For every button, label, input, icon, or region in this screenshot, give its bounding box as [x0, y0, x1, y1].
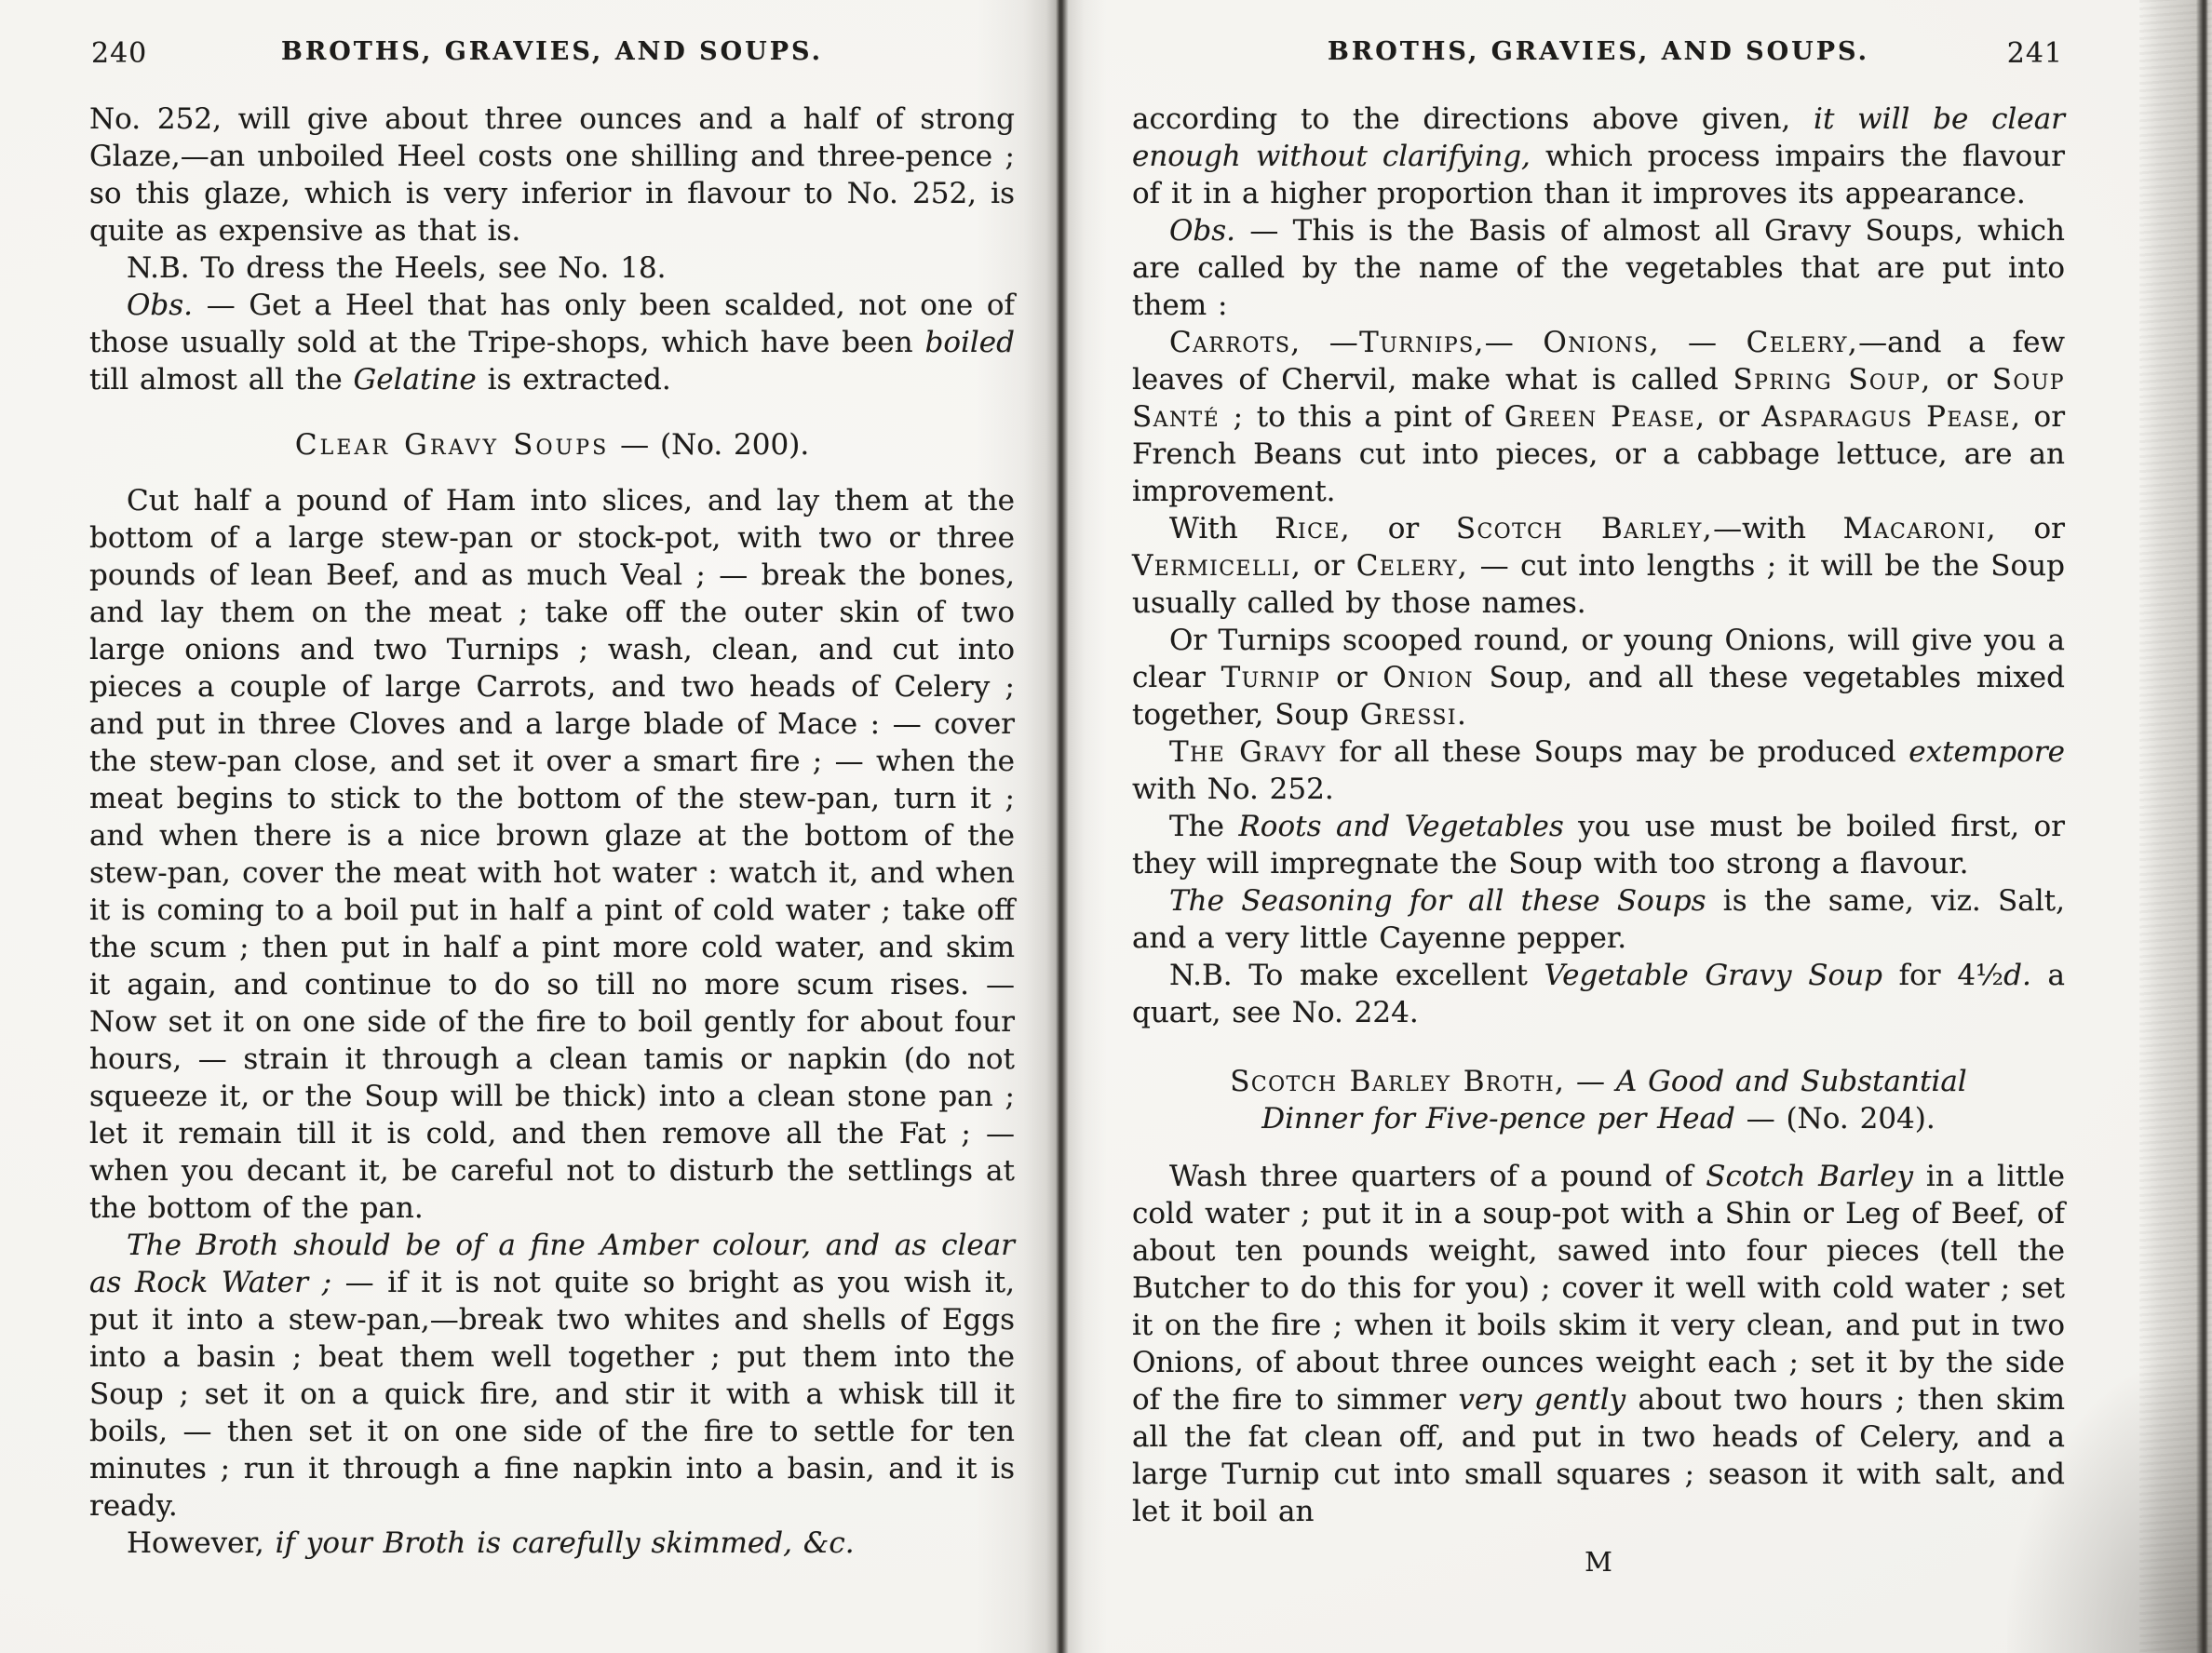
running-head-left: BROTHS, GRAVIES, AND SOUPS. — [89, 37, 1015, 66]
paragraph: according to the directions above given,… — [1132, 101, 2065, 212]
page-left: 240 BROTHS, GRAVIES, AND SOUPS. No. 252,… — [0, 0, 1069, 1653]
text-run: The — [1169, 810, 1238, 843]
text-run: However, — [127, 1526, 276, 1560]
text-run: Dinner for Five-pence per Head — [1261, 1102, 1735, 1136]
text-run: No. 252, will give about three ounces an… — [89, 102, 1015, 248]
text-run: A Good and Substantial — [1616, 1065, 1967, 1098]
text-column-left: No. 252, will give about three ounces an… — [89, 101, 1015, 1562]
text-run: or — [1706, 400, 1761, 434]
text-run: Turnip — [1221, 661, 1321, 694]
text-run: Celery, — [1356, 549, 1468, 583]
text-run: Asparagus Pease, — [1761, 400, 2021, 434]
paragraph: The Broth should be of a fine Amber colo… — [89, 1227, 1015, 1525]
text-run: is extracted. — [477, 363, 671, 396]
section-heading-line2: Dinner for Five-pence per Head — (No. 20… — [1132, 1100, 2065, 1137]
paragraph: Obs. — Get a Heel that has only been sca… — [89, 287, 1015, 398]
text-run: or — [1302, 549, 1356, 583]
paragraph: Obs. — This is the Basis of almost all G… — [1132, 212, 2065, 324]
text-run: for 4½ — [1882, 959, 2003, 992]
paragraph: Or Turnips scooped round, or young Onion… — [1132, 622, 2065, 733]
text-run: or — [1351, 512, 1456, 545]
text-run: — — [1565, 1065, 1616, 1098]
section-heading: Clear Gravy Soups — (No. 200). — [89, 426, 1015, 464]
printer-signature-mark: M — [1132, 1543, 2065, 1580]
text-run: Obs. — [127, 289, 193, 322]
text-run: — Get a Heel that has only been scalded,… — [89, 289, 1015, 359]
text-run: with No. 252. — [1132, 773, 1334, 806]
section-heading-line1: Scotch Barley Broth, — A Good and Substa… — [1132, 1063, 2065, 1100]
paragraph: Cut half a pound of Ham into slices, and… — [89, 482, 1015, 1227]
paragraph: With Rice, or Scotch Barley,—with Macaro… — [1132, 510, 2065, 622]
text-run: in a little cold water ; put it in a sou… — [1132, 1160, 2065, 1417]
text-run: Scotch Barley, — [1456, 512, 1713, 545]
text-run: — if it is not quite so bright as you wi… — [89, 1266, 1015, 1523]
text-run: —with — [1713, 512, 1843, 545]
text-run: — (No. 200). — [609, 428, 809, 462]
text-run: N.B. To dress the Heels, see No. 18. — [127, 251, 667, 285]
paragraph: The Gravy for all these Soups may be pro… — [1132, 733, 2065, 808]
text-run: till almost all the — [89, 363, 354, 396]
text-run: Obs. — [1169, 214, 1235, 248]
text-run: very gently — [1459, 1383, 1626, 1417]
paragraph: However, if your Broth is carefully skim… — [89, 1525, 1015, 1562]
text-run: Carrots, —Turnips,— Onions, — Celery, — [1169, 326, 1858, 359]
text-run: M — [1585, 1546, 1612, 1578]
text-run: Cut half a pound of Ham into slices, and… — [89, 484, 1015, 1225]
text-run: The Seasoning for all these Soups — [1169, 884, 1706, 918]
text-run: Onion — [1382, 661, 1474, 694]
text-run: for all these Soups may be produced — [1327, 735, 1909, 769]
text-run: according to the directions above given, — [1132, 102, 1814, 136]
page-header-right: BROTHS, GRAVIES, AND SOUPS. 241 — [1132, 35, 2065, 80]
book-spread: 240 BROTHS, GRAVIES, AND SOUPS. No. 252,… — [0, 0, 2212, 1653]
text-run: Rice, — [1275, 512, 1351, 545]
running-head-right: BROTHS, GRAVIES, AND SOUPS. — [1132, 37, 2065, 66]
text-run: Scotch Barley — [1706, 1160, 1913, 1193]
text-run: The Gravy — [1169, 735, 1327, 769]
paragraph: No. 252, will give about three ounces an… — [89, 101, 1015, 249]
text-run: Green Pease, — [1504, 400, 1706, 434]
page-right: BROTHS, GRAVIES, AND SOUPS. 241 accordin… — [1104, 0, 2212, 1653]
paragraph: The Seasoning for all these Soups is the… — [1132, 882, 2065, 957]
text-run: Gressi. — [1360, 698, 1467, 732]
paragraph: N.B. To make excellent Vegetable Gravy S… — [1132, 957, 2065, 1031]
text-run: Spring Soup, — [1733, 363, 1932, 396]
text-run: if your Broth is carefully skimmed, &c. — [276, 1526, 855, 1560]
text-run: d. — [2003, 959, 2031, 992]
text-run: or — [1320, 661, 1382, 694]
page-header-left: 240 BROTHS, GRAVIES, AND SOUPS. — [89, 35, 1015, 80]
paragraph: Carrots, —Turnips,— Onions, — Celery,—an… — [1132, 324, 2065, 510]
page-number-right: 241 — [2007, 37, 2063, 70]
text-run: boiled — [924, 326, 1015, 359]
text-run: or — [1932, 363, 1992, 396]
text-run: N.B. To make excellent — [1169, 959, 1544, 992]
text-run: or — [1997, 512, 2065, 545]
paragraph: Wash three quarters of a pound of Scotch… — [1132, 1158, 2065, 1530]
text-run: With — [1169, 512, 1275, 545]
text-run: Clear Gravy Soups — [295, 428, 609, 462]
text-run: Vermicelli, — [1132, 549, 1302, 583]
text-run: Macaroni, — [1843, 512, 1997, 545]
text-run: — This is the Basis of almost all Gravy … — [1132, 214, 2065, 322]
text-run: — (No. 204). — [1735, 1102, 1935, 1136]
text-run: to this a pint of — [1245, 400, 1504, 434]
text-run: Wash three quarters of a pound of — [1169, 1160, 1706, 1193]
text-column-right: according to the directions above given,… — [1132, 101, 2065, 1580]
text-run: Scotch Barley Broth, — [1230, 1065, 1565, 1098]
text-run: extempore — [1909, 735, 2065, 769]
text-run: Roots and Vegetables — [1238, 810, 1563, 843]
paragraph: N.B. To dress the Heels, see No. 18. — [89, 249, 1015, 287]
text-run: Vegetable Gravy Soup — [1544, 959, 1882, 992]
text-run: Gelatine — [354, 363, 477, 396]
paragraph: The Roots and Vegetables you use must be… — [1132, 808, 2065, 882]
